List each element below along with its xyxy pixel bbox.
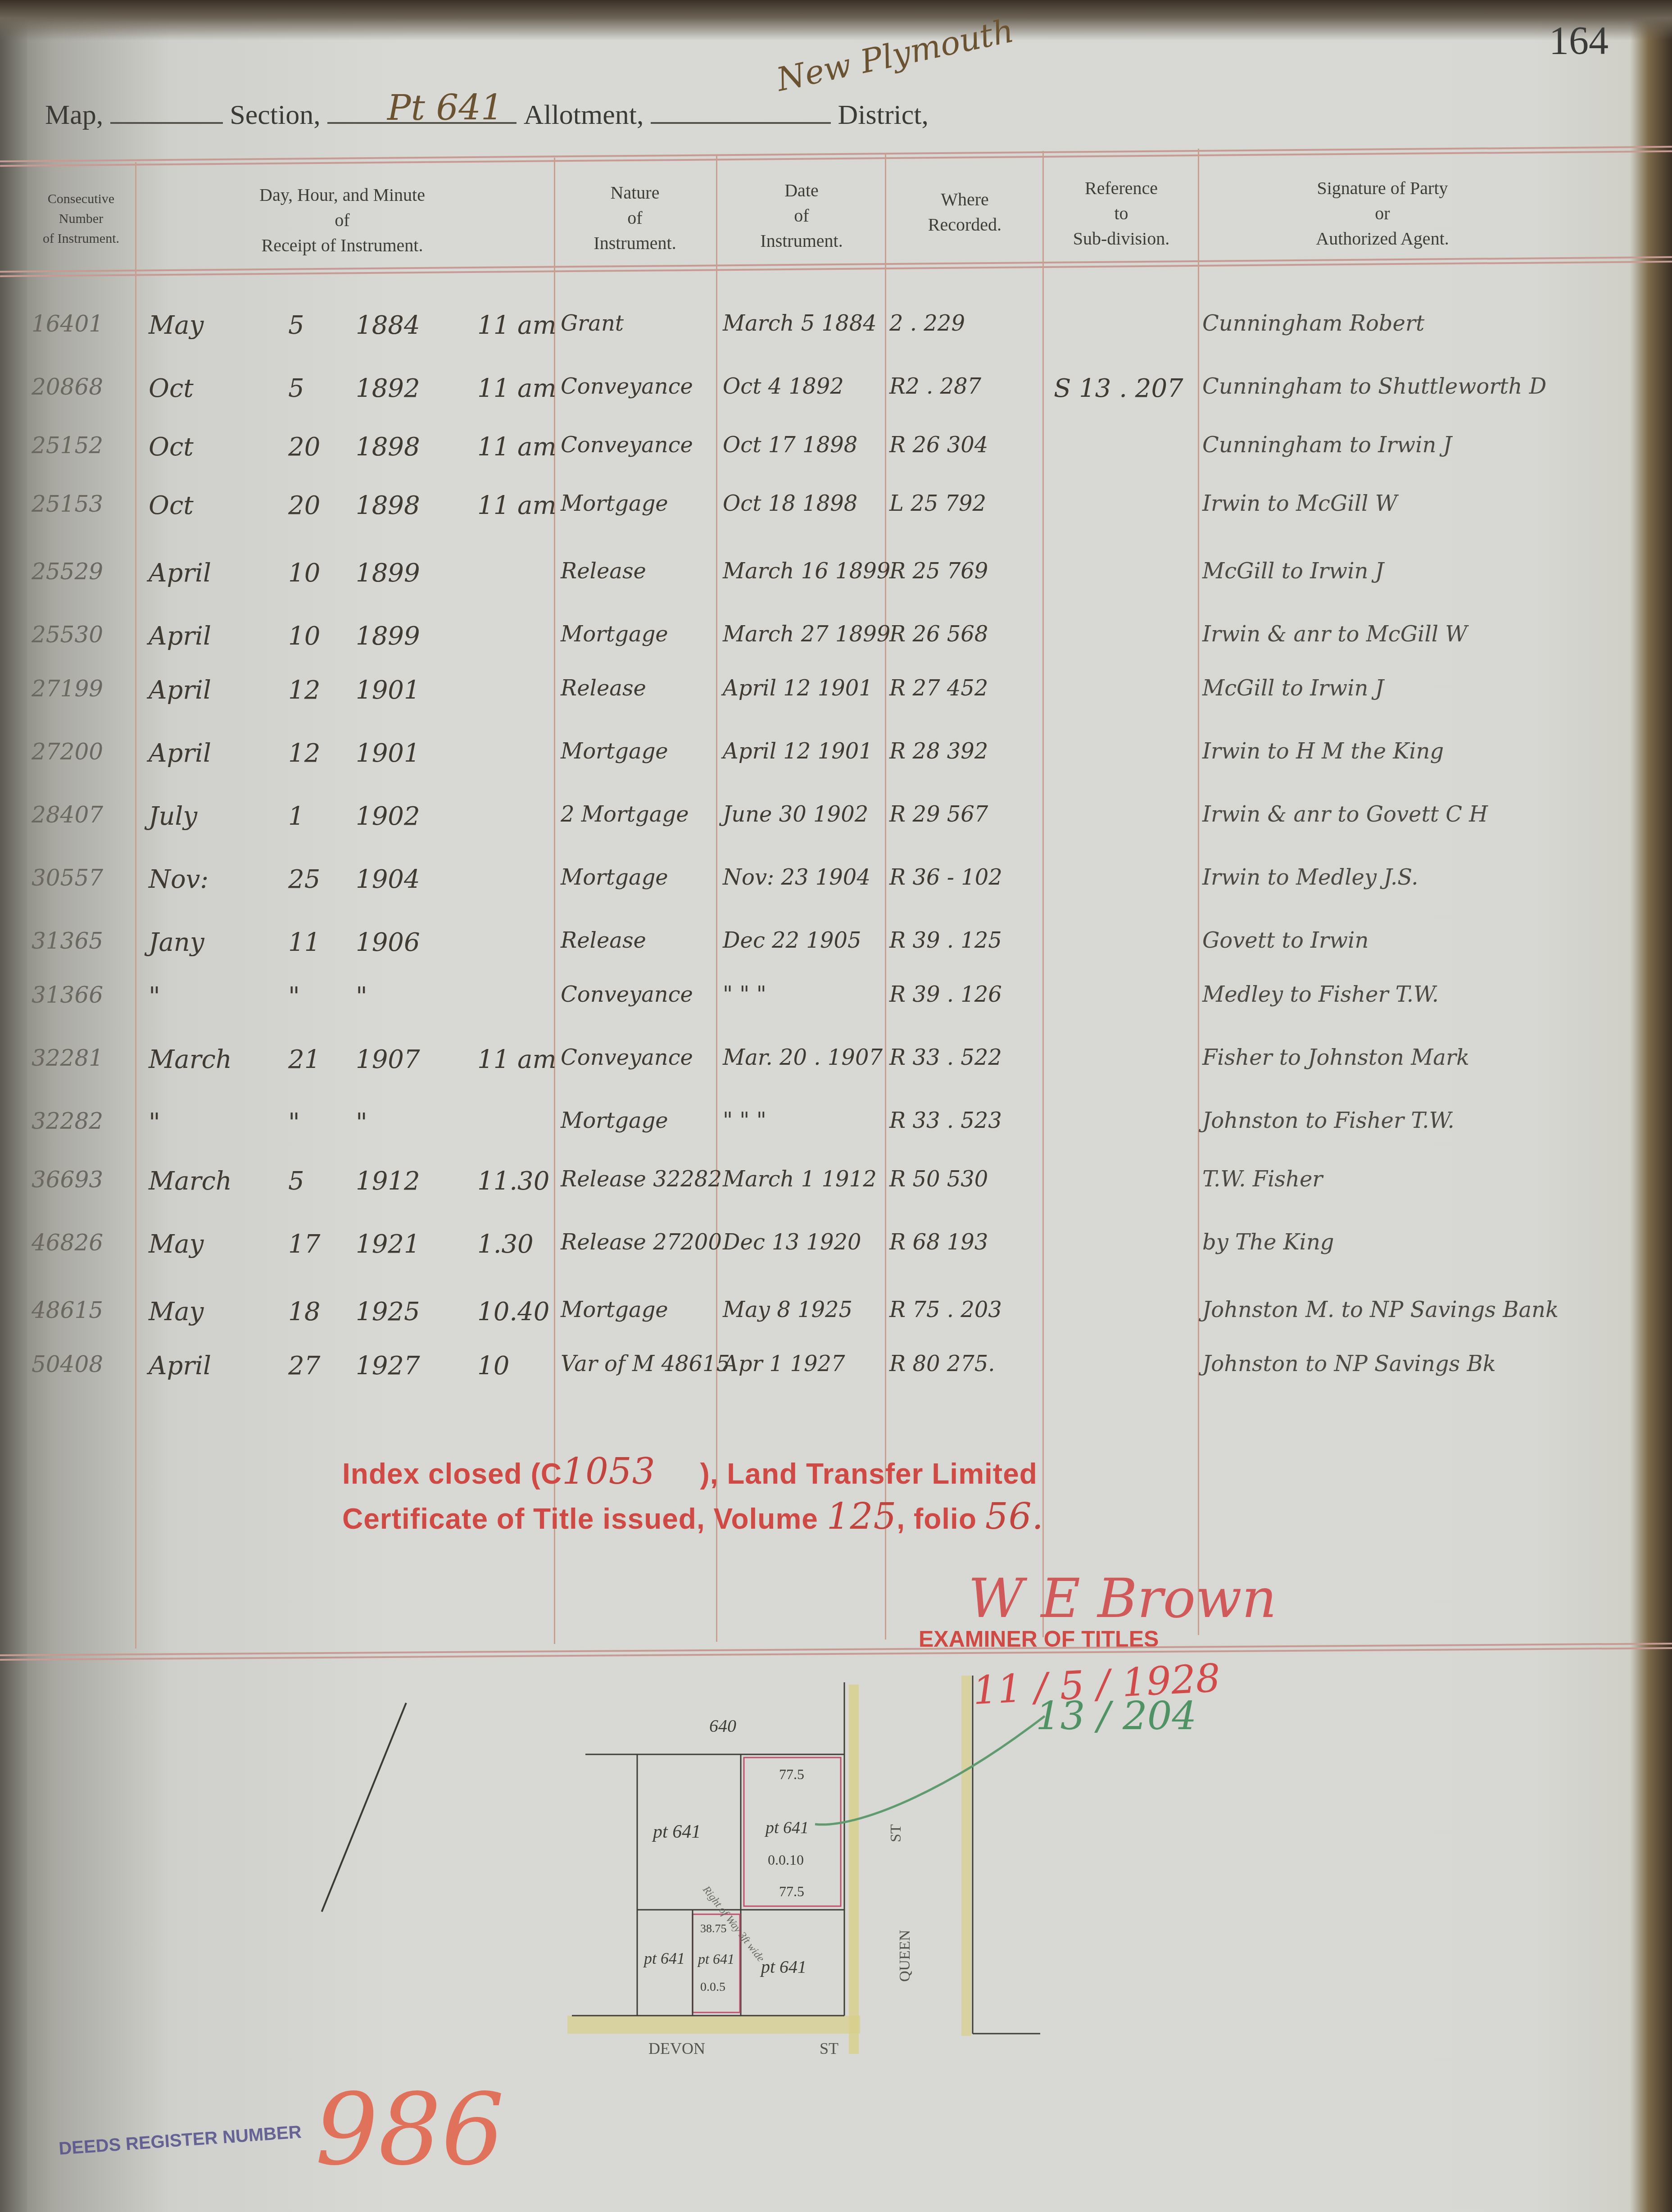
instrument-date: Oct 17 1898 (723, 432, 857, 458)
entry-number: 31366 (32, 982, 103, 1008)
receipt-month: April (149, 676, 211, 705)
col-header-line: Reference (1047, 176, 1196, 201)
instrument-nature: Mortgage (561, 622, 668, 647)
instrument-date: Nov: 23 1904 (723, 865, 870, 890)
instrument-date: Dec 13 1920 (723, 1230, 861, 1255)
instrument-date: March 27 1899 (723, 622, 890, 647)
instrument-nature: Release 32282 (561, 1167, 722, 1192)
receipt-year: 1927 (356, 1351, 420, 1381)
entry-number: 50408 (32, 1351, 103, 1377)
receipt-year: 1899 (356, 622, 420, 651)
table-row: 25530April101899MortgageMarch 27 1899R 2… (0, 622, 1672, 676)
party-signature: T.W. Fisher (1202, 1167, 1323, 1192)
receipt-month: April (149, 739, 211, 768)
stamp-text: Index closed (C (342, 1458, 562, 1490)
instrument-date: April 12 1901 (723, 676, 873, 701)
receipt-month: March (149, 1167, 232, 1196)
table-row: 31366"""Conveyance" " "R 39 . 126Medley … (0, 982, 1672, 1036)
receipt-day: 10 (288, 622, 320, 651)
entry-number: 36693 (32, 1167, 103, 1193)
svg-text:pt 641: pt 641 (643, 1949, 685, 1967)
instrument-date: " " " (723, 1108, 766, 1133)
receipt-month: July (149, 802, 197, 831)
instrument-date: March 16 1899 (723, 559, 890, 584)
receipt-day: 18 (288, 1297, 320, 1326)
where-recorded: R 28 392 (889, 739, 988, 764)
where-recorded: R 25 769 (889, 559, 988, 584)
receipt-day: 20 (288, 491, 320, 520)
entry-number: 20868 (32, 374, 103, 400)
entry-number: 32281 (32, 1045, 103, 1071)
where-recorded: R 27 452 (889, 676, 988, 701)
instrument-nature: Conveyance (561, 982, 693, 1007)
instrument-nature: Release 27200 (561, 1230, 722, 1255)
table-row: 20868Oct5189211 amConveyanceOct 4 1892R2… (0, 374, 1672, 428)
party-signature: Irwin & anr to Govett C H (1202, 802, 1488, 827)
svg-text:pt 641: pt 641 (760, 1957, 807, 1977)
receipt-month: May (149, 1230, 204, 1259)
receipt-year: 1898 (356, 432, 420, 462)
col-header-line: Sub-division. (1047, 226, 1196, 251)
instrument-nature: Conveyance (561, 432, 693, 458)
table-row: 32282"""Mortgage" " "R 33 . 523Johnston … (0, 1108, 1672, 1162)
where-recorded: R 68 193 (889, 1230, 988, 1255)
index-closed-stamp: Index closed (C1053 ), Land Transfer Lim… (342, 1450, 1038, 1492)
svg-text:77.5: 77.5 (779, 1883, 804, 1899)
where-recorded: R 75 . 203 (889, 1297, 1002, 1322)
col-header-line: Receipt of Instrument. (140, 233, 545, 258)
where-recorded: R 33 . 523 (889, 1108, 1002, 1133)
instrument-nature: Mortgage (561, 491, 668, 516)
entry-number: 32282 (32, 1108, 103, 1134)
receipt-month: Jany (149, 928, 204, 957)
col-header-nature: Nature of Instrument. (558, 180, 711, 256)
receipt-year: 1899 (356, 559, 420, 588)
col-header-line: Number (32, 209, 131, 229)
entry-number: 27199 (32, 676, 103, 702)
receipt-day: 5 (288, 374, 304, 403)
receipt-year: 1904 (356, 865, 420, 894)
where-recorded: R 26 304 (889, 432, 988, 458)
instrument-nature: Grant (561, 311, 624, 336)
where-recorded: R 29 567 (889, 802, 988, 827)
svg-text:ST: ST (820, 2039, 838, 2058)
svg-text:pt 641: pt 641 (697, 1951, 734, 1967)
receipt-day: 5 (288, 311, 304, 340)
table-row: 31365Jany111906ReleaseDec 22 1905R 39 . … (0, 928, 1672, 982)
page-top-shadow (0, 0, 1672, 41)
receipt-day: 5 (288, 1167, 304, 1196)
header-bottom-rule (0, 256, 1672, 277)
subdivision-reference: S 13 . 207 (1054, 374, 1183, 403)
receipt-month: " (149, 1108, 160, 1137)
instrument-nature: Mortgage (561, 739, 668, 764)
col-header-line: or (1202, 201, 1563, 226)
entry-number: 25530 (32, 622, 103, 648)
receipt-month: May (149, 311, 204, 340)
instrument-nature: Conveyance (561, 1045, 693, 1070)
table-row: 50408April27192710Var of M 48615Apr 1 19… (0, 1351, 1672, 1405)
receipt-month: Oct (149, 491, 194, 520)
entry-number: 48615 (32, 1297, 103, 1323)
party-signature: Irwin to Medley J.S. (1202, 865, 1418, 890)
instrument-nature: Conveyance (561, 374, 693, 399)
receipt-month: Nov: (149, 865, 208, 894)
section-value: Pt 641 (387, 88, 503, 128)
svg-text:640: 640 (709, 1716, 736, 1736)
instrument-nature: Var of M 48615 (561, 1351, 730, 1376)
receipt-year: 1898 (356, 491, 420, 520)
col-header-line: Instrument. (558, 231, 711, 256)
where-recorded: 2 . 229 (889, 311, 965, 336)
folio-number: 56. (985, 1495, 1044, 1537)
receipt-time: 11 am (477, 374, 557, 403)
col-header-reference: Reference to Sub-division. (1047, 176, 1196, 251)
receipt-day: 27 (288, 1351, 320, 1381)
svg-text:DEVON: DEVON (648, 2039, 705, 2058)
party-signature: Cunningham to Shuttleworth D (1202, 374, 1546, 399)
receipt-month: May (149, 1297, 204, 1326)
instrument-date: Oct 4 1892 (723, 374, 844, 399)
party-signature: McGill to Irwin J (1202, 676, 1384, 701)
instrument-date: March 1 1912 (723, 1167, 877, 1192)
instrument-date: March 5 1884 (723, 311, 877, 336)
receipt-month: March (149, 1045, 232, 1074)
party-signature: Johnston to Fisher T.W. (1202, 1108, 1455, 1133)
svg-text:pt 641: pt 641 (764, 1818, 809, 1837)
receipt-month: Oct (149, 374, 194, 403)
party-signature: Irwin to McGill W (1202, 491, 1397, 516)
receipt-year: 1921 (356, 1230, 420, 1259)
party-signature: Johnston to NP Savings Bk (1202, 1351, 1496, 1376)
section-label: Section, (230, 99, 320, 131)
col-header-number: Consecutive Number of Instrument. (32, 189, 131, 249)
where-recorded: R 39 . 125 (889, 928, 1002, 953)
receipt-year: 1912 (356, 1167, 420, 1196)
col-header-line: Authorized Agent. (1202, 226, 1563, 251)
receipt-year: 1925 (356, 1297, 420, 1326)
svg-text:pt 641: pt 641 (652, 1821, 701, 1842)
receipt-month: April (149, 1351, 211, 1381)
col-header-date: Date of Instrument. (720, 178, 883, 254)
receipt-month: " (149, 982, 160, 1011)
instrument-nature: Release (561, 676, 646, 701)
receipt-month: Oct (149, 432, 194, 462)
ledger-page: 164 Map, Section, Allotment, District, P… (0, 0, 1672, 2212)
col-header-line: Where (889, 187, 1040, 212)
instrument-date: Dec 22 1905 (723, 928, 861, 953)
where-recorded: R 39 . 126 (889, 982, 1002, 1007)
party-signature: McGill to Irwin J (1202, 559, 1384, 584)
table-row: 36693March5191211.30Release 32282March 1… (0, 1167, 1672, 1221)
col-header-line: to (1047, 201, 1196, 226)
table-row: 16401May5188411 amGrantMarch 5 18842 . 2… (0, 311, 1672, 365)
site-plan-drawing: 640 pt 641 pt 641 0.0.10 77.5 77.5 pt 64… (540, 1658, 1216, 2063)
where-recorded: R 50 530 (889, 1167, 988, 1192)
party-signature: Medley to Fisher T.W. (1202, 982, 1439, 1007)
entry-number: 16401 (32, 311, 103, 337)
receipt-year: 1901 (356, 739, 420, 768)
receipt-year: 1892 (356, 374, 420, 403)
instrument-date: May 8 1925 (723, 1297, 852, 1322)
receipt-day: " (288, 982, 300, 1011)
receipt-time: 1.30 (477, 1230, 534, 1259)
map-blank (110, 106, 223, 124)
svg-text:QUEEN: QUEEN (897, 1930, 913, 1982)
instrument-nature: Release (561, 928, 646, 953)
pencil-line (321, 1703, 407, 1912)
instrument-date: Oct 18 1898 (723, 491, 857, 516)
where-recorded: R 26 568 (889, 622, 988, 647)
receipt-time: 10.40 (477, 1297, 549, 1326)
col-header-where-recorded: Where Recorded. (889, 187, 1040, 237)
party-signature: Irwin & anr to McGill W (1202, 622, 1468, 647)
col-header-line: Day, Hour, and Minute (140, 182, 545, 208)
instrument-date: Mar. 20 . 1907 (723, 1045, 883, 1070)
receipt-day: 12 (288, 676, 320, 705)
svg-text:38.75: 38.75 (700, 1922, 727, 1935)
party-signature: Cunningham to Irwin J (1202, 432, 1452, 458)
instrument-nature: Mortgage (561, 1297, 668, 1322)
receipt-day: 10 (288, 559, 320, 588)
receipt-day: 12 (288, 739, 320, 768)
receipt-day: 17 (288, 1230, 320, 1259)
table-row: 48615May18192510.40MortgageMay 8 1925R 7… (0, 1297, 1672, 1351)
receipt-year: 1906 (356, 928, 420, 957)
party-signature: Irwin to H M the King (1202, 739, 1444, 764)
col-header-line: Nature (558, 180, 711, 205)
party-signature: Fisher to Johnston Mark (1202, 1045, 1469, 1070)
receipt-year: 1902 (356, 802, 420, 831)
entry-number: 31365 (32, 928, 103, 954)
instrument-nature: Mortgage (561, 865, 668, 890)
receipt-time: 11.30 (477, 1167, 549, 1196)
instrument-date: Apr 1 1927 (723, 1351, 845, 1376)
party-signature: Cunningham Robert (1202, 311, 1424, 336)
col-header-line: Consecutive (32, 189, 131, 209)
party-signature: Johnston M. to NP Savings Bank (1202, 1297, 1559, 1322)
table-row: 27200April121901MortgageApril 12 1901R 2… (0, 739, 1672, 793)
volume-number: 125 (827, 1495, 897, 1537)
table-row: 32281March21190711 amConveyanceMar. 20 .… (0, 1045, 1672, 1099)
page-number: 164 (1549, 18, 1609, 64)
receipt-day: 20 (288, 432, 320, 462)
map-label: Map, (45, 99, 103, 131)
party-signature: by The King (1202, 1230, 1334, 1255)
receipt-year: " (356, 982, 367, 1011)
receipt-day: 11 (288, 928, 320, 957)
receipt-time: 11 am (477, 311, 557, 340)
index-number: 1053 (562, 1450, 656, 1492)
receipt-time: 10 (477, 1351, 509, 1381)
svg-text:77.5: 77.5 (779, 1766, 804, 1782)
svg-text:ST: ST (888, 1824, 904, 1842)
col-header-line: Instrument. (720, 228, 883, 254)
entry-number: 25529 (32, 559, 103, 585)
table-row: 25152Oct20189811 amConveyanceOct 17 1898… (0, 432, 1672, 486)
receipt-day: 21 (288, 1045, 320, 1074)
entry-number: 27200 (32, 739, 103, 765)
receipt-month: April (149, 559, 211, 588)
stamp-text: ), Land Transfer Limited (700, 1458, 1037, 1490)
stamp-text: Certificate of Title issued, Volume (342, 1503, 818, 1535)
deeds-register-stamp: DEEDS REGISTER NUMBER (58, 2122, 302, 2159)
instrument-date: April 12 1901 (723, 739, 873, 764)
instrument-nature: Release (561, 559, 646, 584)
receipt-year: " (356, 1108, 367, 1137)
col-header-line: Date (720, 178, 883, 203)
col-header-line: Signature of Party (1202, 176, 1563, 201)
receipt-time: 11 am (477, 432, 557, 462)
deeds-register-number: 986 (315, 2072, 504, 2187)
where-recorded: R 80 275. (889, 1351, 995, 1376)
header-top-rule (0, 146, 1672, 167)
party-signature: Govett to Irwin (1202, 928, 1368, 953)
col-header-line: Recorded. (889, 212, 1040, 237)
where-recorded: R2 . 287 (889, 374, 981, 399)
district-label: District, (838, 99, 929, 131)
receipt-year: 1901 (356, 676, 420, 705)
receipt-time: 11 am (477, 1045, 557, 1074)
instrument-date: June 30 1902 (723, 802, 868, 827)
table-row: 30557Nov:251904MortgageNov: 23 1904R 36 … (0, 865, 1672, 919)
col-header-receipt: Day, Hour, and Minute of Receipt of Inst… (140, 182, 545, 258)
entry-number: 28407 (32, 802, 103, 828)
where-recorded: L 25 792 (889, 491, 986, 516)
stamp-text: , folio (897, 1503, 977, 1535)
col-header-line: of (140, 208, 545, 233)
instrument-nature: Mortgage (561, 1108, 668, 1133)
allotment-blank (651, 106, 831, 124)
entry-number: 25153 (32, 491, 103, 517)
site-plan: 640 pt 641 pt 641 0.0.10 77.5 77.5 pt 64… (540, 1658, 1216, 2063)
entry-number: 30557 (32, 865, 103, 891)
table-row: 27199April121901ReleaseApril 12 1901R 27… (0, 676, 1672, 730)
examiner-signature: W E Brown (968, 1567, 1277, 1630)
receipt-day: 25 (288, 865, 320, 894)
instrument-nature: 2 Mortgage (561, 802, 689, 827)
col-header-signature: Signature of Party or Authorized Agent. (1202, 176, 1563, 251)
receipt-day: 1 (288, 802, 304, 831)
table-row: 25529April101899ReleaseMarch 16 1899R 25… (0, 559, 1672, 613)
col-header-line: of Instrument. (32, 229, 131, 249)
receipt-month: April (149, 622, 211, 651)
receipt-day: " (288, 1108, 300, 1137)
receipt-year: 1884 (356, 311, 420, 340)
where-recorded: R 33 . 522 (889, 1045, 1002, 1070)
svg-text:0.0.5: 0.0.5 (700, 1980, 725, 1994)
receipt-year: 1907 (356, 1045, 420, 1074)
table-row: 28407July119022 MortgageJune 30 1902R 29… (0, 802, 1672, 856)
col-header-line: of (558, 205, 711, 231)
instrument-date: " " " (723, 982, 766, 1007)
receipt-time: 11 am (477, 491, 557, 520)
allotment-label: Allotment, (524, 99, 644, 131)
table-row: 46826May1719211.30Release 27200Dec 13 19… (0, 1230, 1672, 1284)
col-header-line: of (720, 203, 883, 228)
table-row: 25153Oct20189811 amMortgageOct 18 1898L … (0, 491, 1672, 545)
entry-number: 46826 (32, 1230, 103, 1256)
entry-number: 25152 (32, 432, 103, 459)
svg-text:0.0.10: 0.0.10 (768, 1852, 804, 1868)
where-recorded: R 36 - 102 (889, 865, 1002, 890)
certificate-stamp: Certificate of Title issued, Volume 125,… (342, 1495, 1044, 1537)
